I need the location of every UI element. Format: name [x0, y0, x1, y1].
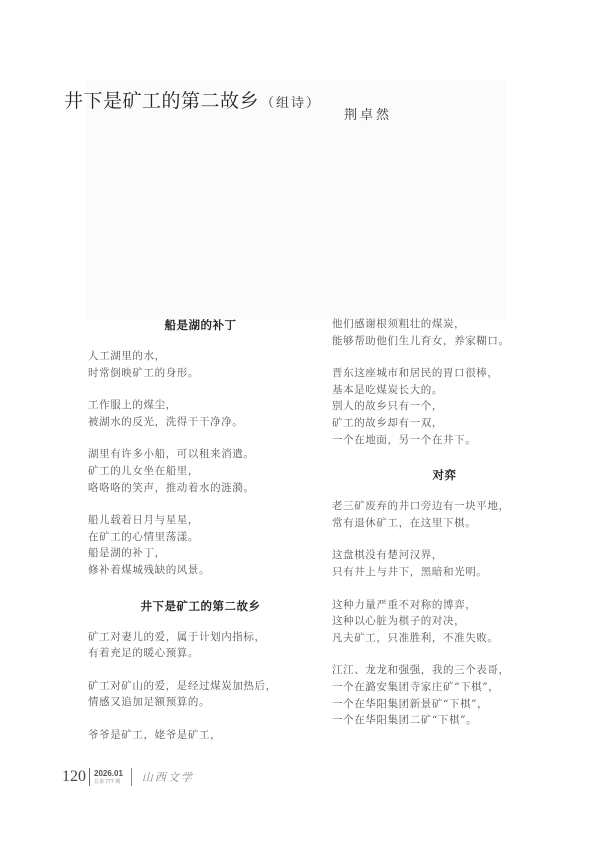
stanza: 他们感谢根须粗壮的煤炭， 能够帮助他们生儿育女，养家糊口。	[332, 316, 557, 349]
stanza: 爷爷是矿工，姥爷是矿工，	[88, 727, 313, 744]
poem-line: 一个在华阳集团二矿“下棋”。	[332, 712, 557, 729]
poem-title: 对弈	[332, 464, 557, 486]
right-column: 他们感谢根须粗壮的煤炭， 能够帮助他们生儿育女，养家糊口。 晋东这座城市和居民的…	[332, 316, 557, 745]
stanza: 这种力量严重不对称的博弈， 这种以心脏为棋子的对决， 凡夫矿工，只准胜利，不准失…	[332, 597, 557, 647]
poem-line: 湖里有许多小船，可以租来消遣。	[88, 446, 313, 463]
issue-total: 总第 777 期	[94, 780, 123, 785]
poem-line: 矿工的儿女坐在船里，	[88, 463, 313, 480]
poem-line: 矿工对矿山的爱，是经过煤炭加热后，	[88, 678, 313, 695]
poem-line: 这盘棋没有楚河汉界，	[332, 547, 557, 564]
poem-line: 他们感谢根须粗壮的煤炭，	[332, 316, 557, 333]
poem-line: 在矿工的心情里荡漾。	[88, 529, 313, 546]
poem-line: 这种力量严重不对称的博弈，	[332, 597, 557, 614]
poem-line: 被湖水的反光，洗得干干净净。	[88, 414, 313, 431]
poem-line: 一个在地面，另一个在井下。	[332, 432, 557, 449]
poem-line: 一个在潞安集团寺家庄矿“下棋”，	[332, 679, 557, 696]
poem-line: 晋东这座城市和居民的胃口很棒，	[332, 365, 557, 382]
poem-line: 矿工的故乡却有一双，	[332, 415, 557, 432]
stanza: 矿工对矿山的爱，是经过煤炭加热后， 情感又追加足额预算的。	[88, 678, 313, 711]
main-title: 井下是矿工的第二故乡	[64, 90, 259, 112]
poem-title: 井下是矿工的第二故乡	[88, 595, 313, 617]
poem-line: 江江、龙龙和强强，我的三个表哥，	[332, 662, 557, 679]
poem-line: 修补着煤城残缺的风景。	[88, 562, 313, 579]
stanza: 工作服上的煤尘， 被湖水的反光，洗得干干净净。	[88, 397, 313, 430]
poem-line: 情感又追加足额预算的。	[88, 694, 313, 711]
poem-line: 时常倒映矿工的身形。	[88, 365, 313, 382]
poem-line: 这种以心脏为棋子的对决，	[332, 613, 557, 630]
stanza: 人工湖里的水， 时常倒映矿工的身形。	[88, 348, 313, 381]
title-suffix: （组诗）	[261, 96, 321, 111]
issue-info: 2026.01 总第 777 期	[94, 770, 123, 785]
page-footer: 120 2026.01 总第 777 期 山西文学	[62, 766, 194, 788]
poem-line: 基本是吃煤炭长大的。	[332, 382, 557, 399]
poem-line: 矿工对妻儿的爱，属于计划内指标，	[88, 629, 313, 646]
left-column: 船是湖的补丁 人工湖里的水， 时常倒映矿工的身形。 工作服上的煤尘， 被湖水的反…	[88, 314, 313, 760]
divider	[131, 768, 132, 786]
stanza: 老三矿废弃的井口旁边有一块平地， 常有退休矿工，在这里下棋。	[332, 498, 557, 531]
poem-line: 有着充足的暖心预算。	[88, 645, 313, 662]
stanza: 江江、龙龙和强强，我的三个表哥， 一个在潞安集团寺家庄矿“下棋”， 一个在华阳集…	[332, 662, 557, 728]
stanza: 船儿载着日月与星星， 在矿工的心情里荡漾。 船是湖的补丁， 修补着煤城残缺的风景…	[88, 512, 313, 578]
issue-date: 2026.01	[94, 770, 123, 778]
poem-line: 爷爷是矿工，姥爷是矿工，	[88, 727, 313, 744]
stanza: 矿工对妻儿的爱，属于计划内指标， 有着充足的暖心预算。	[88, 629, 313, 662]
poem-line: 能够帮助他们生儿育女，养家糊口。	[332, 333, 557, 350]
poem-line: 人工湖里的水，	[88, 348, 313, 365]
faded-background-region	[86, 80, 506, 320]
stanza: 晋东这座城市和居民的胃口很棒， 基本是吃煤炭长大的。 别人的故乡只有一个， 矿工…	[332, 365, 557, 448]
article-title: 井下是矿工的第二故乡（组诗）	[64, 86, 321, 113]
stanza: 这盘棋没有楚河汉界， 只有井上与井下，黑暗和光明。	[332, 547, 557, 580]
poem-line: 工作服上的煤尘，	[88, 397, 313, 414]
journal-logo: 山西文学	[142, 769, 194, 785]
poem-line: 别人的故乡只有一个，	[332, 398, 557, 415]
poem-line: 老三矿废弃的井口旁边有一块平地，	[332, 498, 557, 515]
poem-title: 船是湖的补丁	[88, 314, 313, 336]
poem-line: 咯咯咯的笑声，推动着水的涟漪。	[88, 480, 313, 497]
stanza: 湖里有许多小船，可以租来消遣。 矿工的儿女坐在船里， 咯咯咯的笑声，推动着水的涟…	[88, 446, 313, 496]
poem-line: 常有退休矿工，在这里下棋。	[332, 515, 557, 532]
page-number: 120	[62, 768, 86, 786]
poem-line: 船是湖的补丁，	[88, 545, 313, 562]
poem-line: 凡夫矿工，只准胜利，不准失败。	[332, 630, 557, 647]
poem-line: 船儿载着日月与星星，	[88, 512, 313, 529]
author-name: 荆卓然	[344, 104, 392, 123]
poem-line: 只有井上与井下，黑暗和光明。	[332, 564, 557, 581]
poem-line: 一个在华阳集团新景矿“下棋”，	[332, 696, 557, 713]
divider	[89, 768, 90, 786]
